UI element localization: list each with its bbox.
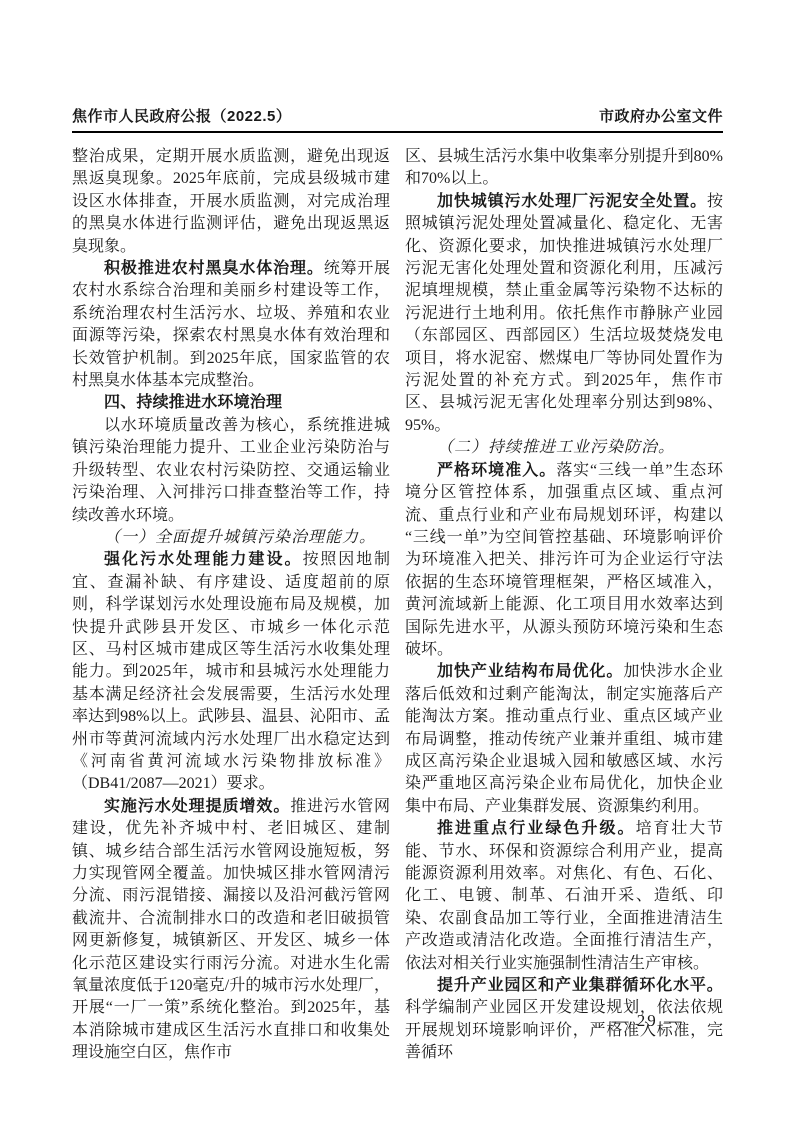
header-rule <box>72 131 723 133</box>
paragraph-text: 培育壮大节能、节水、环保和资源综合利用产业，提高能源资源利用效率。对焦化、有色、… <box>405 820 723 971</box>
paragraph: 积极推进农村黑臭水体治理。统筹开展农村水系综合治理和美丽乡村建设等工作，系统治理… <box>72 258 390 392</box>
page-header: 焦作市人民政府公报（2022.5） 市政府办公室文件 <box>72 105 723 126</box>
paragraph: 整治成果，定期开展水质监测，避免出现返黑返臭现象。2025年底前，完成县级城市建… <box>72 146 390 258</box>
paragraph-text: 统筹开展农村水系综合治理和美丽乡村建设等工作，系统治理农村生活污水、垃圾、养殖和… <box>72 260 390 389</box>
paragraph-text: 落实“三线一单”生态环境分区管控体系，加强重点区域、重点河流、重点行业和产业布局… <box>405 462 723 658</box>
paragraph-lead: 实施污水处理提质增效。 <box>104 798 290 815</box>
paragraph: 以水环境质量改善为核心，系统推进城镇污染治理能力提升、工业企业污染防治与升级转型… <box>72 415 390 527</box>
paragraph-text: 加快涉水企业落后低效和过剩产能淘汰，制定实施落后产能淘汰方案。推动重点行业、重点… <box>405 663 723 814</box>
paragraph: 实施污水处理提质增效。推进污水管网建设，优先补齐城中村、老旧城区、建制镇、城乡结… <box>72 796 390 1065</box>
right-column: 区、县城生活污水集中收集率分别提升到80%和70%以上。 加快城镇污水处理厂污泥… <box>405 146 723 1065</box>
paragraph-lead: 提升产业园区和产业集群循环化水平。 <box>437 977 723 994</box>
page-number: — 29 — <box>612 1011 684 1031</box>
paragraph-text: 区、县城生活污水集中收集率分别提升到80%和70%以上。 <box>405 148 723 187</box>
paragraph: 区、县城生活污水集中收集率分别提升到80%和70%以上。 <box>405 146 723 191</box>
subsection-heading: （二）持续推进工业污染防治。 <box>405 437 723 459</box>
page-content: 整治成果，定期开展水质监测，避免出现返黑返臭现象。2025年底前，完成县级城市建… <box>72 146 723 1065</box>
gazette-page: 焦作市人民政府公报（2022.5） 市政府办公室文件 整治成果，定期开展水质监测… <box>0 0 793 1122</box>
paragraph: 推进重点行业绿色升级。培育壮大节能、节水、环保和资源综合利用产业，提高能源资源利… <box>405 818 723 975</box>
paragraph-text: 按照城镇污泥处理处置减量化、稳定化、无害化、资源化要求，加快推进城镇污水处理厂污… <box>405 193 723 434</box>
paragraph-lead: 严格环境准入。 <box>437 462 556 479</box>
section-heading: 四、持续推进水环境治理 <box>72 392 390 414</box>
section-heading-text: 四、持续推进水环境治理 <box>104 394 282 411</box>
paragraph: 加快城镇污水处理厂污泥安全处置。按照城镇污泥处理处置减量化、稳定化、无害化、资源… <box>405 191 723 437</box>
paragraph: 强化污水处理能力建设。按照因地制宜、查漏补缺、有序建设、适度超前的原则，科学谋划… <box>72 549 390 795</box>
paragraph-text: 以水环境质量改善为核心，系统推进城镇污染治理能力提升、工业企业污染防治与升级转型… <box>72 417 390 524</box>
left-column: 整治成果，定期开展水质监测，避免出现返黑返臭现象。2025年底前，完成县级城市建… <box>72 146 390 1065</box>
paragraph: 加快产业结构布局优化。加快涉水企业落后低效和过剩产能淘汰，制定实施落后产能淘汰方… <box>405 661 723 818</box>
header-left-title: 焦作市人民政府公报（2022.5） <box>72 105 291 126</box>
subsection-heading: （一）全面提升城镇污染治理能力。 <box>72 527 390 549</box>
paragraph-text: 推进污水管网建设，优先补齐城中村、老旧城区、建制镇、城乡结合部生活污水管网设施短… <box>72 798 390 1061</box>
paragraph-lead: 强化污水处理能力建设。 <box>104 551 303 568</box>
paragraph-lead: 加快产业结构布局优化。 <box>437 663 623 680</box>
paragraph: 严格环境准入。落实“三线一单”生态环境分区管控体系，加强重点区域、重点河流、重点… <box>405 460 723 662</box>
paragraph-lead: 推进重点行业绿色升级。 <box>437 820 636 837</box>
paragraph-text: 按照因地制宜、查漏补缺、有序建设、适度超前的原则，科学谋划污水处理设施布局及规模… <box>72 551 390 792</box>
paragraph-text: 整治成果，定期开展水质监测，避免出现返黑返臭现象。2025年底前，完成县级城市建… <box>72 148 390 255</box>
paragraph-lead: 加快城镇污水处理厂污泥安全处置。 <box>437 193 707 210</box>
paragraph-lead: 积极推进农村黑臭水体治理。 <box>104 260 324 277</box>
header-right-title: 市政府办公室文件 <box>599 105 723 126</box>
subsection-heading-text: （二）持续推进工业污染防治。 <box>437 439 675 456</box>
subsection-heading-text: （一）全面提升城镇污染治理能力。 <box>104 529 376 546</box>
